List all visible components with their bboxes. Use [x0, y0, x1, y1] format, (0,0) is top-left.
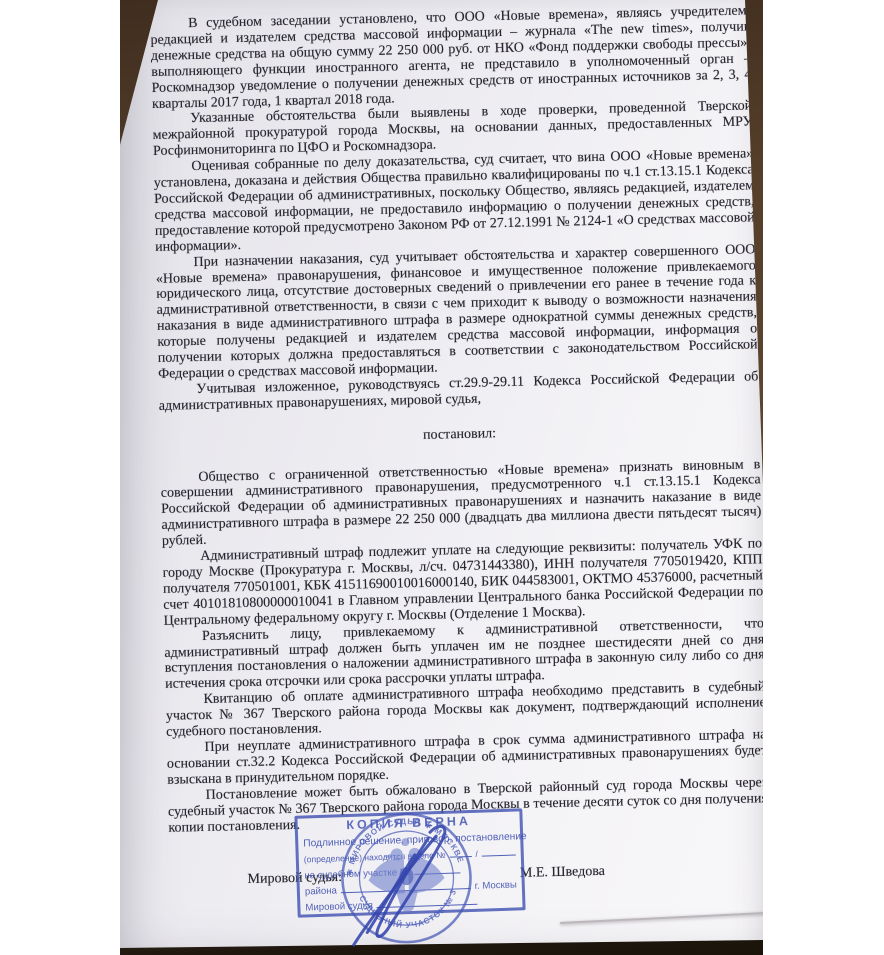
paragraph: Общество с ограниченной ответственностью…	[160, 457, 762, 550]
judge-signature-icon	[337, 809, 482, 955]
paragraph: Административный штраф подлежит уплате н…	[162, 536, 763, 629]
paragraph: В судебном заседании установлено, что ОО…	[150, 3, 752, 112]
photo-canvas: В судебном заседании установлено, что ОО…	[0, 0, 884, 955]
paragraph: При назначении наказания, суд учитывает …	[155, 242, 758, 383]
copy-certification-stamp: КОПИЯ ВЕРНА Подлинное решение, приговор,…	[294, 808, 525, 918]
under-sheet-edge	[560, 912, 763, 924]
judge-name: М.Е. Шведова	[520, 864, 605, 882]
resolution-word: постановил:	[159, 420, 759, 450]
document-text: В судебном заседании установлено, что ОО…	[150, 3, 763, 890]
paragraph: Оценивая собранные по делу доказательств…	[153, 147, 755, 256]
photograph-background: В судебном заседании установлено, что ОО…	[120, 0, 763, 955]
